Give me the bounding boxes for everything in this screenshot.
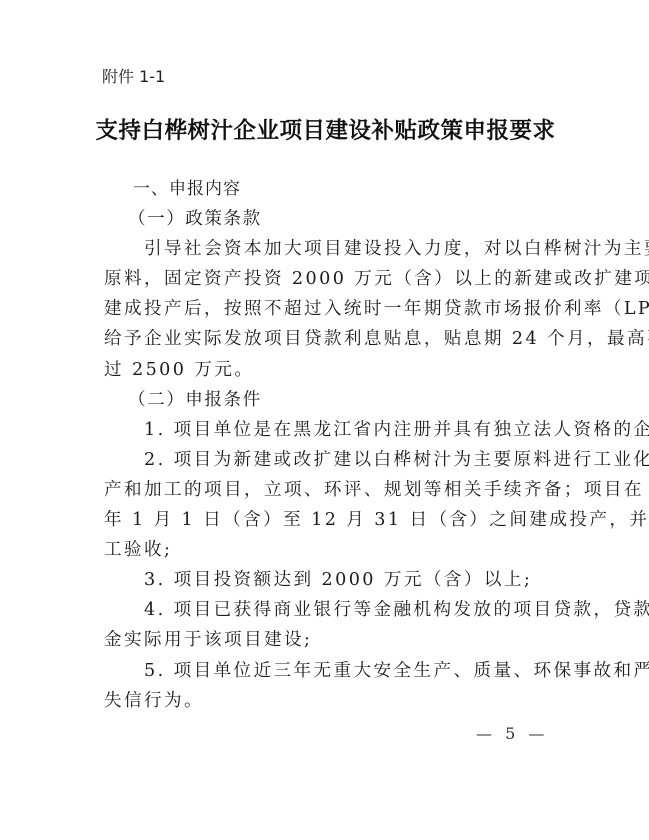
condition-item-5: 5. 项目单位近三年无重大安全生产、质量、环保事故和严重 失信行为。 xyxy=(104,656,540,716)
section-heading-application-content: 一、申报内容 xyxy=(104,174,540,204)
paragraph-line: 引导社会资本加大项目建设投入力度，对以白桦树汁为主要 xyxy=(104,234,540,264)
condition-line: 失信行为。 xyxy=(104,686,540,716)
condition-line: 金实际用于该项目建设; xyxy=(104,625,540,655)
paragraph-line: 给予企业实际发放项目贷款利息贴息，贴息期 24 个月，最高不超 xyxy=(104,324,540,354)
paragraph-line: 原料，固定资产投资 2000 万元（含）以上的新建或改扩建项目， xyxy=(104,264,540,294)
document-title: 支持白桦树汁企业项目建设补贴政策申报要求 xyxy=(0,114,649,148)
condition-line: 1. 项目单位是在黑龙江省内注册并具有独立法人资格的企业; xyxy=(104,415,540,445)
document-body: 一、申报内容 （一）政策条款 引导社会资本加大项目建设投入力度，对以白桦树汁为主… xyxy=(104,174,540,716)
paragraph-line: 过 2500 万元。 xyxy=(104,355,540,385)
condition-line: 产和加工的项目，立项、环评、规划等相关手续齐备；项目在 2025 xyxy=(104,475,540,505)
paragraph-line: 建成投产后，按照不超过入统时一年期贷款市场报价利率（LPR）， xyxy=(104,294,540,324)
condition-line: 5. 项目单位近三年无重大安全生产、质量、环保事故和严重 xyxy=(104,656,540,686)
condition-item-3: 3. 项目投资额达到 2000 万元（含）以上; xyxy=(104,565,540,595)
policy-terms-paragraph: 引导社会资本加大项目建设投入力度，对以白桦树汁为主要 原料，固定资产投资 200… xyxy=(104,234,540,384)
attachment-label: 附件 1-1 xyxy=(102,66,165,88)
page-number: — 5 — xyxy=(476,724,548,744)
subsection-heading-policy-terms: （一）政策条款 xyxy=(104,204,540,234)
condition-line: 3. 项目投资额达到 2000 万元（含）以上; xyxy=(104,565,540,595)
condition-item-4: 4. 项目已获得商业银行等金融机构发放的项目贷款，贷款资 金实际用于该项目建设; xyxy=(104,595,540,655)
condition-line: 2. 项目为新建或改扩建以白桦树汁为主要原料进行工业化生 xyxy=(104,445,540,475)
condition-line: 年 1 月 1 日（含）至 12 月 31 日（含）之间建成投产，并完成竣 xyxy=(104,505,540,535)
condition-item-2: 2. 项目为新建或改扩建以白桦树汁为主要原料进行工业化生 产和加工的项目，立项、… xyxy=(104,445,540,565)
subsection-heading-application-conditions: （二）申报条件 xyxy=(104,385,540,415)
document-page: 附件 1-1 支持白桦树汁企业项目建设补贴政策申报要求 一、申报内容 （一）政策… xyxy=(0,0,649,840)
condition-line: 4. 项目已获得商业银行等金融机构发放的项目贷款，贷款资 xyxy=(104,595,540,625)
condition-line: 工验收; xyxy=(104,535,540,565)
condition-item-1: 1. 项目单位是在黑龙江省内注册并具有独立法人资格的企业; xyxy=(104,415,540,445)
